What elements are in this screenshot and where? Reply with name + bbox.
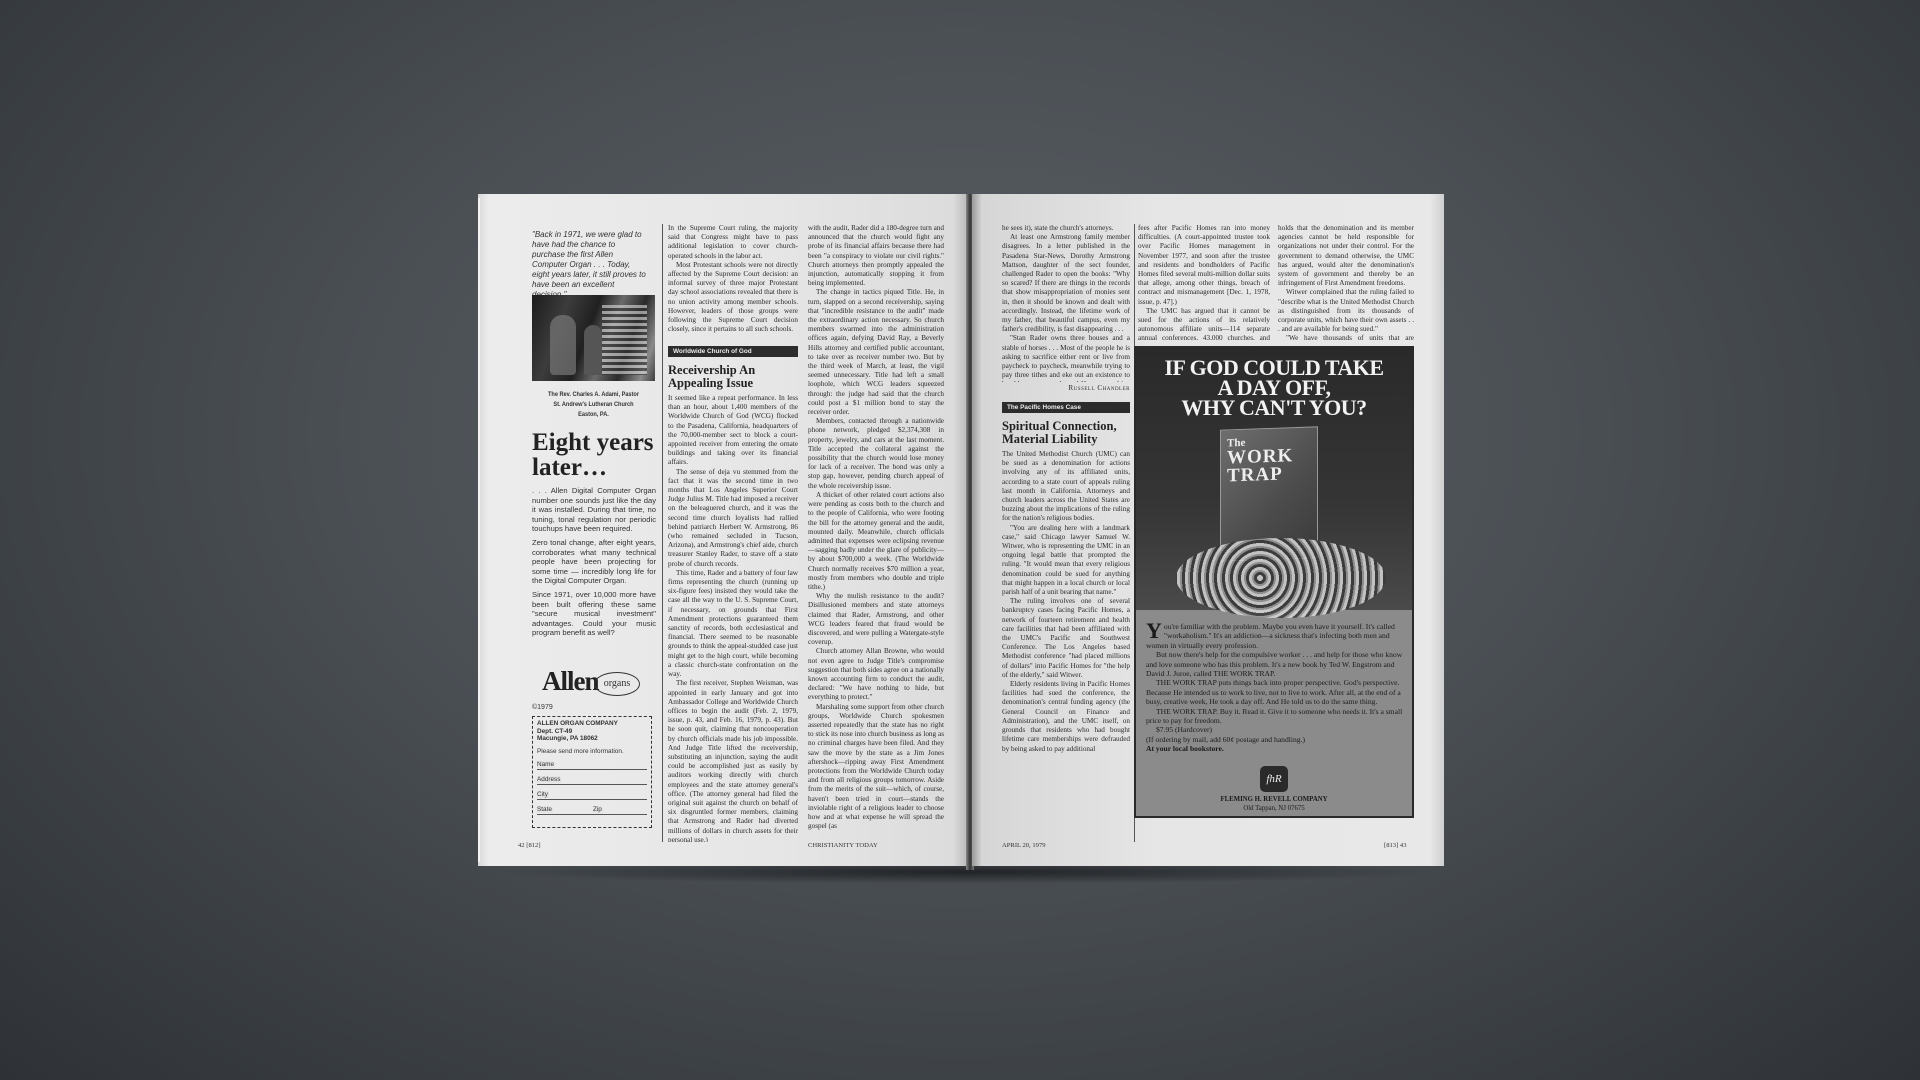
ad-paragraph: . . . Allen Digital Computer Organ numbe… — [532, 486, 656, 534]
publisher-name: FLEMING H. REVELL COMPANY — [1136, 796, 1412, 805]
person-figure — [584, 325, 602, 375]
ad-shipping: (If ordering by mail, add 60¢ postage an… — [1146, 735, 1406, 744]
allen-ad-body: . . . Allen Digital Computer Organ numbe… — [532, 486, 656, 642]
chains-graphic — [1176, 538, 1386, 618]
paragraph: Members, contacted through a nationwide … — [808, 417, 944, 491]
book-title: The WORK TRAP — [1227, 435, 1317, 485]
caption-line: St. Andrew's Lutheran Church — [541, 400, 646, 410]
paragraph: "You are dealing here with a landmark ca… — [1002, 524, 1130, 598]
coupon-company: ALLEN ORGAN COMPANY — [537, 720, 647, 728]
paragraph: The change in tactics piqued Title. He, … — [808, 288, 944, 417]
paragraph: Witwer complained that the ruling failed… — [1278, 288, 1414, 334]
allen-organs-logo: Allen organs — [532, 666, 652, 698]
caption-line: Easton, PA. — [541, 410, 646, 420]
work-trap-ad: IF GOD COULD TAKE A DAY OFF, WHY CAN'T Y… — [1134, 346, 1414, 818]
paragraph: Marshaling some support from other churc… — [808, 703, 944, 832]
article-headline-wcg: Receivership An Appealing Issue — [668, 364, 798, 389]
column-1: In the Supreme Court ruling, the majorit… — [668, 224, 798, 334]
logo-oval: organs — [594, 672, 640, 696]
ad-paragraph: THE WORK TRAP puts things back into prop… — [1146, 678, 1406, 706]
coupon-city-field: City — [537, 791, 647, 800]
section-tag-umc: The Pacific Homes Case — [1002, 402, 1130, 413]
magazine-spread: "Back in 1971, we were glad to have had … — [478, 194, 1444, 870]
person-figure — [550, 315, 576, 375]
logo-word: Allen — [542, 666, 599, 697]
paragraph: It seemed like a repeat performance. In … — [668, 394, 798, 468]
paragraph: Why the mulish resistance to the audit? … — [808, 592, 944, 647]
magazine-name: CHRISTIANITY TODAY — [808, 842, 878, 849]
ad-paragraph: Since 1971, over 10,000 more have been b… — [532, 590, 656, 638]
paragraph: The UMC has argued that it cannot be sue… — [1138, 307, 1270, 340]
paragraph: with the audit, Rader did a 180-degree t… — [808, 224, 944, 288]
umc-column-e: holds that the denomination and its memb… — [1278, 224, 1414, 340]
coupon-address: Macungie, PA 18062 — [537, 735, 647, 743]
page-edges — [478, 198, 480, 862]
column-rule — [662, 224, 663, 842]
right-page: he sees it), state the church's attorney… — [972, 194, 1444, 866]
paragraph: Elderly residents living in Pacific Home… — [1002, 680, 1130, 754]
paragraph: At least one Armstrong family member dis… — [1002, 233, 1130, 334]
right-page-folio: [813] 43 — [1384, 842, 1407, 849]
allen-coupon: ALLEN ORGAN COMPANY Dept. CT-49 Macungie… — [532, 716, 652, 828]
ad-paragraph: Zero tonal change, after eight years, co… — [532, 538, 656, 586]
coupon-address-field: Address — [537, 776, 647, 785]
paragraph: A thicket of other related court actions… — [808, 491, 944, 592]
field-label: State — [537, 806, 553, 813]
section-tag-wcg: Worldwide Church of God — [668, 346, 798, 357]
allen-ad-photo-caption: The Rev. Charles A. Adami, Pastor St. An… — [541, 390, 646, 420]
caption-line: The Rev. Charles A. Adami, Pastor — [541, 390, 646, 400]
coupon-request: Please send more information. — [537, 748, 647, 755]
paragraph: Church attorney Allan Browne, who would … — [808, 647, 944, 702]
work-trap-headline: IF GOD COULD TAKE A DAY OFF, WHY CAN'T Y… — [1136, 358, 1412, 418]
wcg-column-a: It seemed like a repeat performance. In … — [668, 394, 798, 842]
byline: Russell Chandler — [1002, 384, 1130, 393]
umc-column-d: fees after Pacific Homes ran into money … — [1138, 224, 1270, 340]
field-label: Zip — [593, 806, 603, 813]
paragraph: he sees it), state the church's attorney… — [1002, 224, 1130, 233]
paragraph: Most Protestant schools were not directl… — [668, 261, 798, 335]
ad-price: $7.95 (Hardcover) — [1146, 725, 1406, 734]
field-label: Address — [537, 776, 561, 783]
paragraph: The United Methodist Church (UMC) can be… — [1002, 450, 1130, 524]
ad-paragraph: ou're familiar with the problem. Maybe y… — [1146, 622, 1395, 650]
publisher-info: FLEMING H. REVELL COMPANY Old Tappan, NJ… — [1136, 796, 1412, 813]
book-title-big: WORK TRAP — [1227, 446, 1317, 485]
paragraph: "Stan Rader owns three houses and a stab… — [1002, 334, 1130, 382]
paragraph: The first receiver, Stephen Weisman, was… — [668, 679, 798, 842]
paragraph: holds that the denomination and its memb… — [1278, 224, 1414, 288]
left-page-folio: 42 [812] — [518, 842, 541, 849]
allen-ad-quote: "Back in 1971, we were glad to have had … — [532, 230, 648, 300]
paragraph: The sense of deja vu stemmed from the fa… — [668, 468, 798, 569]
allen-ad-photo — [532, 295, 655, 381]
paragraph: In the Supreme Court ruling, the majorit… — [668, 224, 798, 261]
ad-paragraph: But now there's help for the compulsive … — [1146, 650, 1406, 678]
field-label: City — [537, 791, 549, 798]
dropcap: Y — [1146, 622, 1162, 640]
paragraph: This time, Rader and a battery of four l… — [668, 569, 798, 679]
allen-ad-headline: Eight years later… — [532, 430, 656, 480]
paragraph: The ruling involves one of several bankr… — [1002, 597, 1130, 680]
article-headline-umc: Spiritual Connection, Material Liability — [1002, 420, 1130, 445]
wcg-column-b: with the audit, Rader did a 180-degree t… — [808, 224, 944, 842]
umc-column-c: The United Methodist Church (UMC) can be… — [1002, 450, 1130, 842]
wcg-column-c: he sees it), state the church's attorney… — [1002, 224, 1130, 382]
issue-date: APRIL 20, 1979 — [1002, 842, 1046, 849]
work-trap-copy: You're familiar with the problem. Maybe … — [1146, 622, 1406, 754]
publisher-city: Old Tappan, NJ 07675 — [1136, 805, 1412, 814]
paragraph: "We have thousands of units that are cap… — [1278, 334, 1414, 340]
allen-copyright: ©1979 — [532, 704, 553, 711]
coupon-name-field: Name — [537, 761, 647, 770]
paragraph: fees after Pacific Homes ran into money … — [1138, 224, 1270, 307]
headline-line: WHY CAN'T YOU? — [1136, 398, 1412, 418]
coupon-state-zip-field: StateZip — [537, 806, 647, 815]
coupon-dept: Dept. CT-49 — [537, 728, 647, 736]
ad-paragraph: THE WORK TRAP. Buy it. Read it. Give it … — [1146, 707, 1406, 726]
ad-where: At your local bookstore. — [1146, 744, 1406, 753]
left-page: "Back in 1971, we were glad to have had … — [478, 194, 968, 866]
organ-keys-graphic — [602, 305, 647, 375]
revell-logo-icon: fhR — [1260, 766, 1288, 792]
field-label: Name — [537, 761, 555, 768]
